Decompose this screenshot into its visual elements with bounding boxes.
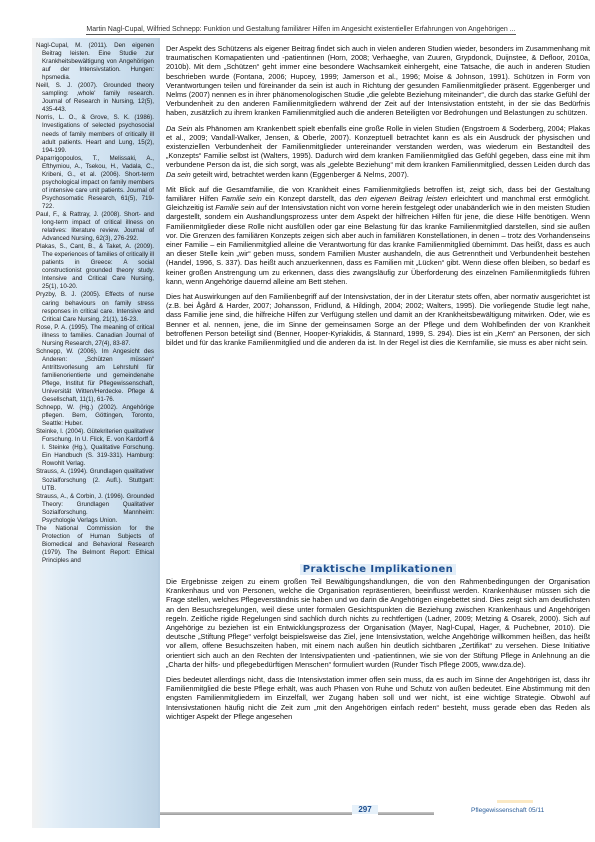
reference-item: Norris, L. O., & Grove, S. K. (1986). In… [36, 114, 154, 154]
reference-item: Steinke, I. (2004). Gütekriterien qualit… [36, 428, 154, 468]
reference-item: Schnepp, W. (Hg.) (2002). Angehörige pfl… [36, 404, 154, 428]
body-paragraph: Die Ergebnisse zeigen zu einem großen Te… [166, 577, 590, 669]
emphasis: den eigenen Beitrag leisten [355, 194, 448, 203]
reference-item: Plakas, S., Cant, B., & Taket, A. (2009)… [36, 243, 154, 291]
section-heading: Praktische Implikationen [166, 559, 590, 577]
body-paragraph: Der Aspekt des Schützens als eigener Bei… [166, 44, 590, 118]
reference-item: Strauss, A., & Corbin, J. (1996). Ground… [36, 493, 154, 525]
reference-item: Paparrigopoulos, T., Melissaki, A., Efth… [36, 155, 154, 211]
footer-rule-right [378, 812, 434, 815]
sidebar-edge [158, 38, 160, 828]
body-paragraph: Dies hat Auswirkungen auf den Familienbe… [166, 292, 590, 347]
text-run: ein Konzept darstellt, das [262, 194, 355, 203]
running-header: Martin Nagl-Cupal, Wilfried Schnepp: Fun… [32, 24, 570, 38]
footer-rule-left [160, 812, 352, 815]
section-title: Praktische Implikationen [300, 564, 456, 575]
emphasis: Familie sein [221, 194, 261, 203]
reference-item: Strauss, A. (1994). Grundlagen qualitati… [36, 468, 154, 492]
main-column: Der Aspekt des Schützens als eigener Bei… [166, 44, 590, 353]
text-run: auf der Intensivstation nicht von vorne … [166, 203, 590, 286]
footer-accent [497, 800, 533, 803]
journal-name: Pflegewissenschaft 05/11 [471, 807, 544, 814]
body-paragraph: Mit Blick auf die Gesamtfamilie, die von… [166, 185, 590, 286]
section-body: Die Ergebnisse zeigen zu einem großen Te… [166, 577, 590, 727]
reference-item: Schnepp, W. (2006). Im Angesicht des And… [36, 348, 154, 404]
reference-item: Neill, S. J. (2007). Grounded theory sam… [36, 82, 154, 114]
text-run: geteilt wird, betrachtet werden kann (Eg… [191, 170, 409, 179]
page-number: 297 [352, 805, 378, 814]
reference-item: Nagl-Cupal, M. (2011). Den eigenen Beitr… [36, 42, 154, 82]
reference-item: The National Commission for the Protecti… [36, 525, 154, 565]
emphasis: Da Sein [166, 124, 192, 133]
emphasis: Familie sein [215, 203, 254, 212]
reference-item: Pryzby, B. J. (2005). Effects of nurse c… [36, 291, 154, 323]
body-paragraph: Da Sein als Phänomen am Krankenbett spie… [166, 124, 590, 179]
running-title: Martin Nagl-Cupal, Wilfried Schnepp: Fun… [86, 26, 515, 35]
text-run: als Phänomen am Krankenbett spielt ebenf… [166, 124, 590, 170]
emphasis: Da sein [166, 170, 191, 179]
reference-item: Rose, P. A. (1995). The meaning of criti… [36, 324, 154, 348]
reference-item: Paul, F., & Rattray, J. (2008). Short- a… [36, 211, 154, 243]
reference-list: Nagl-Cupal, M. (2011). Den eigenen Beitr… [36, 42, 154, 565]
body-paragraph: Dies bedeutet allerdings nicht, dass die… [166, 675, 590, 721]
